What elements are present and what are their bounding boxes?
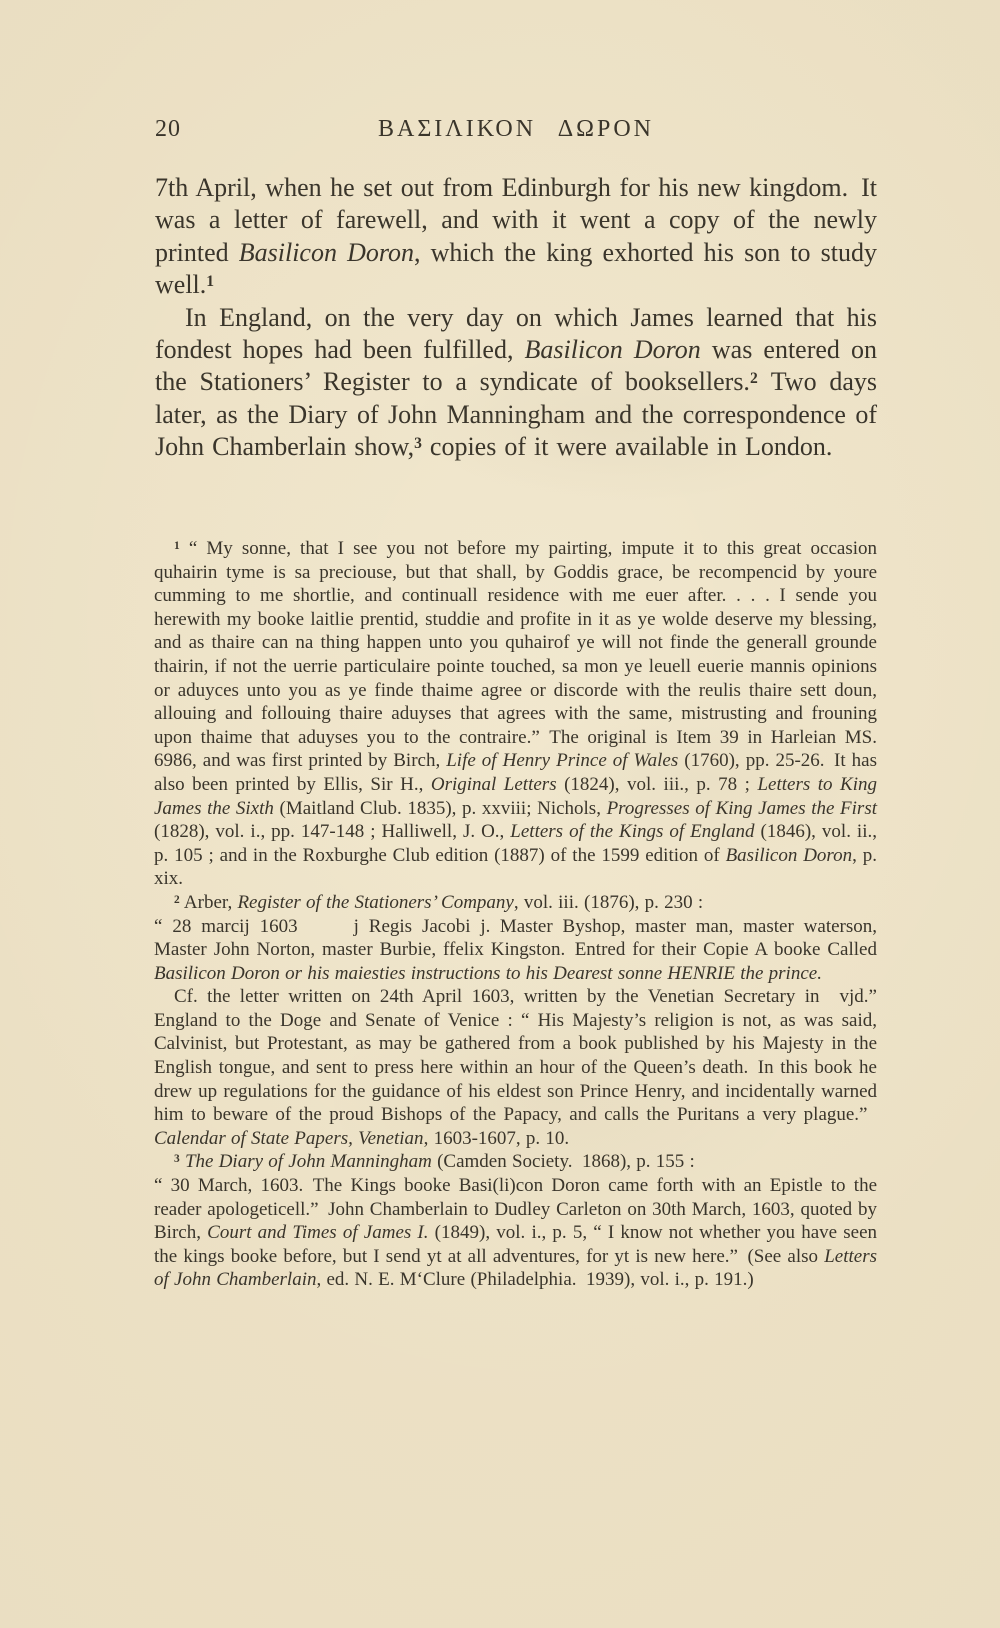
paragraph: 7th April, when he set out from Edinburg…	[155, 172, 877, 302]
paragraph: In England, on the very day on which Jam…	[155, 302, 877, 464]
paragraph: 1 “ My sonne, that I see you not before …	[154, 537, 877, 891]
footnote-marker: 1	[206, 273, 214, 290]
book-page: 20 ΒΑΣΙΛΙΚΟΝ ΔΩΡΟΝ 7th April, when he se…	[0, 0, 1000, 1628]
footnote-2: 2 Arber, Register of the Stationers’ Com…	[154, 891, 877, 1151]
scan-edge-shadow	[0, 0, 16, 1628]
body-text: 7th April, when he set out from Edinburg…	[155, 172, 877, 464]
footnote-marker: 3	[414, 435, 422, 452]
paragraph: Cf. the letter written on 24th April 160…	[154, 985, 877, 1150]
footnote-marker: 1	[174, 540, 180, 552]
footnote-marker: 2	[750, 370, 758, 387]
paragraph: 3 The Diary of John Manningham (Camden S…	[154, 1150, 877, 1292]
running-title: ΒΑΣΙΛΙΚΟΝ ΔΩΡΟΝ	[155, 116, 877, 143]
page-header: 20 ΒΑΣΙΛΙΚΟΝ ΔΩΡΟΝ	[155, 116, 877, 146]
footnotes-section: 1 “ My sonne, that I see you not before …	[154, 537, 877, 1292]
footnote-marker: 3	[174, 1153, 180, 1165]
footnote-marker: 2	[174, 894, 180, 906]
footnote-1: 1 “ My sonne, that I see you not before …	[154, 537, 877, 891]
footnote-3: 3 The Diary of John Manningham (Camden S…	[154, 1150, 877, 1292]
paragraph: 2 Arber, Register of the Stationers’ Com…	[154, 891, 877, 985]
